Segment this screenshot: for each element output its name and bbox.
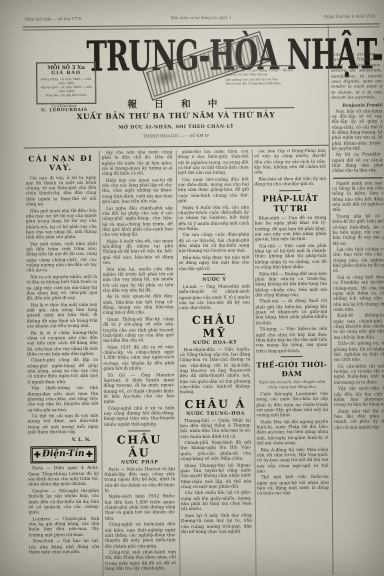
block-p: Nay, hãy cứ cần-kiệm, rồi sự độc-lập sẽ … [331,109,384,152]
block-p: Lại còn thói cờ-bạc rượu-chè, hao tiền t… [333,247,384,274]
director-name: G. LEBOURDAIS [28,108,100,114]
block-item: Paris — Điện ngày 4 Août: Quan Tổng-thốn… [28,466,99,488]
price-per-issue: MỖI SỐ 3 Xu [37,64,95,71]
block-sep [203,274,225,275]
block-h-country: NƯỚC TRUNG-HOA [180,411,251,417]
column-5-content: Ainsi, sois économe et tu auras l'indépe… [331,52,384,430]
masthead-bottom-rule [24,145,329,149]
price-line: Mua báo xin giả tiền trước [37,93,95,98]
dateline-row: Năm thứ chín — số thứ 1770 Mỗi tuần ra k… [23,13,380,16]
block-p: Bản-báo tiếp được tin nào mới sẽ đăng ng… [179,255,250,272]
header-chau-au: CHÂU ÂU [104,433,175,460]
block-p: Các nước liệt-cường đều hết sức điều-đìn… [178,177,249,204]
block-sep [281,356,303,357]
masthead-address-line: THÀNH BÁO-LỤC —— SỐ KM IV [24,132,329,140]
block-p: Hai là vì thóc lúa mấy năm nay mất giá, … [27,303,98,330]
block-p: Trong nhà hễ có việc hiếu-hỉ thì giết tr… [332,214,384,246]
block-p: La-mã — Ông Mussolini mới diễn-thuyết về… [179,284,250,311]
block-p: Quan Thượng-thư bộ Ngoại-giao Tàu tuyên-… [181,463,252,490]
masthead-motto: MỞ ĐỨC ÁI-NHÂN, SOI THEO CHÂN-LÝ [24,124,329,132]
block-p: Thế mới biết việc thiên-hạ ngày nay quan… [257,475,329,497]
french-epigraph: Ainsi, sois économe et tu auras l'indépe… [331,52,384,101]
block-p: Ba là vì ở chốn hương-thôn chưa có cơ-qu… [27,330,98,357]
scanned-print-area: Năm thứ chín — số thứ 1770 Mỗi tuần ra k… [0,0,384,576]
column-3: quân-đội hai nước hiện còn đóng ở dọc bi… [176,149,256,576]
block-p: Chánh-phủ Nam-kinh đã gửi thư kháng-nghị… [180,441,251,463]
block-subtitle: Ngồi nơi án sách, bàn chuyện năm châu cù… [256,379,328,390]
block-p: Bản-báo sẽ theo dõi việc ấy mà đăng tin … [254,177,326,188]
block-p: Vậy xin quốc-dân ta ai nấy đều lấy hai c… [334,386,384,408]
director-block: Le Directeur G. LEBOURDAIS [28,103,100,114]
block-p: quân-đội hai nước hiện còn đóng ở dọc bi… [178,150,249,177]
block-p: Tố-tụng — Việc kiện-cáo nên nghĩ cho chí… [256,327,328,354]
block-p: Ngân-sách năm 1932 thiếu-hụt đến hơn 1.0… [105,495,176,522]
block-p: Các tỉnh miền bắc lại có giặc-cướp nổi l… [181,491,252,513]
dateline-date: Ngày thứ bảy 6 Août 1932 [324,13,376,18]
price-box: MỖI SỐ 3 Xu GIÁ BÁO Đông-Pháp: cả năm 3$… [36,62,96,104]
block-p: Cái nạn đi vay, ở xứ ta ngày nay đã thàn… [26,175,97,208]
block-p: Ngày 4 Août vừa rồi, các nhà chuyên-trác… [178,205,249,232]
block-p: Công-nghệ nhỏ ở xứ ta hiện nay cũng đươn… [104,406,175,428]
block-p: Tin sau cùng: cuộc đàm-phán đã có cơ tiế… [179,233,250,255]
block-p: Tờ Gô — Ông Maurice Sarraut, ở dinh huyệ… [103,373,174,406]
column-5: Ainsi, sois économe et tu auras l'indépe… [331,52,384,574]
block-p: Có thế thì cái nạn đi vay mới mong trừ đ… [28,414,99,436]
header-chau-a: CHÂU Á [180,398,251,412]
block-p: Vay một trăm, cuối năm phải giả đến trăm… [26,242,97,275]
block-p: Nhà quê mười nhà thì đến chín nhà mắc nợ… [26,208,97,241]
block-p: Kinh-tế khủng-hoảng ngày nay, chánh-phủ … [333,314,384,341]
block-p: Xét ra cái nguyên-nhân, một là vì dân ta… [26,275,97,302]
block-p: Thuế-má — Ai đóng thuế rồi phải giữ lấy … [255,299,327,326]
dien-tin-banner: Điện-Tín [30,446,97,464]
header-chau-my: CHÂU MỸ [179,314,250,341]
block-p: Có cần-kiệm thì mới có tư-bản, có tư-bản… [334,364,384,386]
newspaper-page: Năm thứ chín — số thứ 1770 Mỗi tuần ra k… [0,0,384,576]
block-p: Công-trái mới phát-hành vừa rồi, dân Phá… [105,550,176,572]
block-p: Quan Thống-sứ Bắc-kỳ cũng đã tỏ ý sốt-sắ… [103,317,174,344]
block-p: Khai-sinh — Con đẻ ra trong hạn ba ngày … [255,216,327,243]
block-p: Ấy lời cụ Franklin dạy người đời về sự c… [332,153,384,175]
header-phap-luat-tu-tri: PHÁP-LUẬT TỰ TRI [254,193,326,214]
block-h-country: NƯỚC PHÁP [104,460,175,466]
block-item: Londres — Chánh-phủ Anh vừa hạ giá đồng … [28,517,99,539]
block-p: Hoa-thịnh-đốn — Việc tuyển-cử Tổng-thống… [180,347,251,396]
block-p: Năm 1931 đã chi ra về việc chẩn-cấp và c… [103,345,174,372]
block-p: Được như thế thì chẳng bao lâu dân giàu … [334,409,384,431]
block-p: Lại nghe đâu chánh-phủ sắp sửa đổi lại p… [102,206,173,239]
block-p: Giá ai cũng biết theo lời cụ Franklin mà… [333,275,384,313]
block-p: các báo Tây ở Đông-Pháp bàn về việc ấy c… [254,149,326,176]
block-p: Nạn lụt ở mấy tỉnh dọc sông Dương-tử năm… [181,513,252,535]
block-p: Nước Đức thì đòi ngang quyền binh-bị, nư… [256,420,328,447]
block-p: Hiện nay các quan cai-trị đã sức cho các… [102,178,173,205]
article-signature: V. L. N. [28,437,99,444]
block-item: New-York — Giá bạc lại sụt, các nhà băng… [29,539,100,556]
block-h-country: NƯỚC HOA-KỲ [179,340,250,346]
block-p: Ngày 4 Août vừa rồi, các quan hội-đồng đ… [102,239,173,266]
block-p: Giá-thú — Việc cưới xin phải khai tại sổ… [255,244,327,271]
office-box: Tòa Biên-tập: 73 phố Hàng Trống — Hà-nội… [224,65,294,109]
block-p: Paris — Nội-các Herriot từ khi thành-lập… [104,467,175,494]
block-sep [279,190,301,191]
block-p: vậy cho nên nhà nước cũng phải lo đến ch… [102,150,173,177]
block-p: Ấy là việc quan-hệ đến dân-sinh, bản-báo… [103,295,174,317]
column-2: vậy cho nên nhà nước cũng phải lo đến ch… [100,150,180,576]
block-p: Chánh-phủ cũng đã lập ra nông-phố ngân-h… [27,358,98,385]
block-p: Người mình xưa nay vẫn có tiếng là cần m… [332,181,384,213]
block-p: Công-nghệ và buôn-bán đều sút kém, nạn t… [105,522,176,549]
block-rule-heavy [333,177,384,178]
headline-cai-nan-di-vay: CÁI NẠN ĐI VAY. [25,154,96,173]
header-the-gioi-thoi-dam: THẾ-GIỚI THỜI-ĐÀM [256,360,328,379]
block-p: Điền-thổ — Ruộng đất mua bán phải làm vă… [255,271,327,298]
column-4: các báo Tây ở Đông-Pháp bàn về việc ấy c… [253,149,333,576]
office-line: Thư-từ xin đề: Trung-Hòa Nhật-Báo [225,82,293,87]
block-sep [128,430,150,431]
header-nuoc-y: NƯỚC Ý [179,277,250,283]
column-1: CÁI NẠN ĐI VAY.Cái nạn đi vay, ở xứ ta n… [24,151,104,576]
block-p: Bên Á-đông thì việc Mãn-châu còn rối như… [257,447,329,474]
block-item: Genève — Hội-nghị tài-giảm binh-bị lại s… [28,489,99,516]
block-p: Thượng-hải — Quân Nhật lại kéo đến đóng … [180,418,251,440]
epigraph-attribution: Benjamin Franklin [331,102,384,107]
block-p: Nói tóm lại, muốn cứu dân nghèo thì trướ… [103,267,174,294]
block-p: Cuộc hội-nghị Lausanne vừa xong, các nướ… [256,392,328,419]
block-p: Vậy thiết-tưởng các nhà đương-đạo nên ma… [27,386,98,413]
article-columns: CÁI NẠN ĐI VAY.Cái nạn đi vay, ở xứ ta n… [24,149,333,576]
block-p: Tích-cốc phòng cơ, tích-y phòng hàn; lời… [333,341,384,363]
